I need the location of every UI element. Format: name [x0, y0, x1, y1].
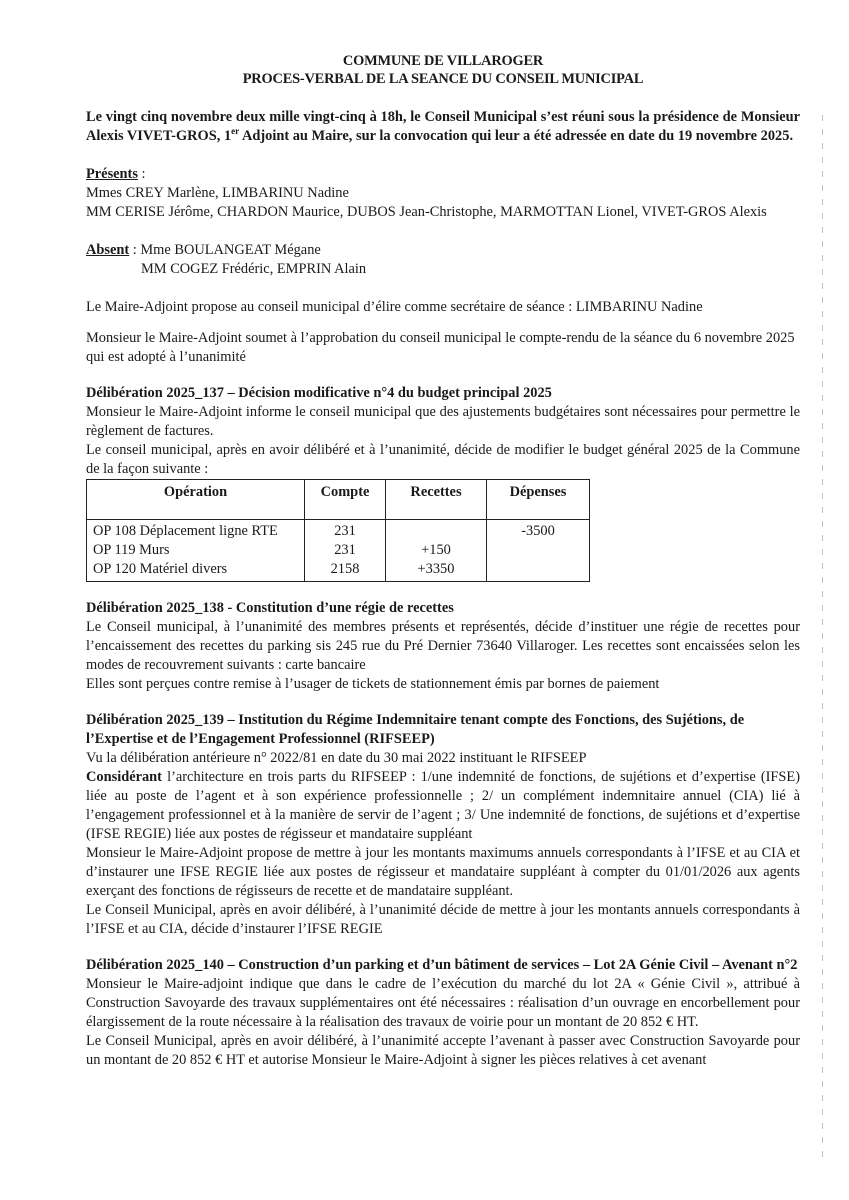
header-operation: Opération	[87, 480, 305, 520]
deliberation-paragraph: Monsieur le Maire-Adjoint propose de met…	[86, 844, 800, 901]
present-section: Présents : Mmes CREY Marlène, LIMBARINU …	[86, 165, 800, 222]
cell-compte: 231	[305, 520, 386, 542]
minutes-document: COMMUNE DE VILLAROGER PROCES-VERBAL DE L…	[86, 52, 800, 1070]
cell-operation: OP 108 Déplacement ligne RTE	[87, 520, 305, 542]
header-recettes: Recettes	[386, 480, 487, 520]
cell-compte: 2158	[305, 560, 386, 582]
deliberation-paragraph: Le Conseil Municipal, après en avoir dél…	[86, 1032, 800, 1070]
ordinal-superscript: er	[231, 126, 239, 136]
present-women: Mmes CREY Marlène, LIMBARINU Nadine	[86, 184, 800, 203]
cell-operation: OP 120 Matériel divers	[87, 560, 305, 582]
table-row: OP 119 Murs 231 +150	[87, 541, 590, 560]
header-depenses: Dépenses	[487, 480, 590, 520]
deliberation-paragraph: Monsieur le Maire-adjoint indique que da…	[86, 975, 800, 1032]
meeting-intro: Le vingt cinq novembre deux mille vingt-…	[86, 108, 800, 146]
deliberation-140: Délibération 2025_140 – Construction d’u…	[86, 956, 800, 1070]
previous-minutes-approval: Monsieur le Maire-Adjoint soumet à l’app…	[86, 329, 800, 367]
absent-men: MM COGEZ Frédéric, EMPRIN Alain	[86, 260, 800, 279]
document-header: COMMUNE DE VILLAROGER PROCES-VERBAL DE L…	[86, 52, 800, 88]
absent-women: Mme BOULANGEAT Mégane	[140, 242, 320, 258]
table-header-row: Opération Compte Recettes Dépenses	[87, 480, 590, 520]
deliberation-title: Délibération 2025_137 – Décision modific…	[86, 384, 800, 403]
considering-text: l’architecture en trois parts du RIFSEEP…	[86, 769, 800, 842]
present-separator: :	[138, 166, 146, 182]
cell-recettes	[386, 520, 487, 542]
cell-depenses	[487, 541, 590, 560]
deliberation-paragraph: Monsieur le Maire-Adjoint informe le con…	[86, 403, 800, 441]
table-row: OP 108 Déplacement ligne RTE 231 -3500	[87, 520, 590, 542]
absent-label: Absent	[86, 242, 129, 258]
cell-compte: 231	[305, 541, 386, 560]
commune-name: COMMUNE DE VILLAROGER	[86, 52, 800, 70]
absent-separator: :	[129, 242, 140, 258]
secretary-election: Le Maire-Adjoint propose au conseil muni…	[86, 298, 800, 317]
present-men: MM CERISE Jérôme, CHARDON Maurice, DUBOS…	[86, 203, 800, 222]
deliberation-paragraph: Vu la délibération antérieure n° 2022/81…	[86, 749, 800, 768]
deliberation-137: Délibération 2025_137 – Décision modific…	[86, 384, 800, 582]
deliberation-paragraph: Le conseil municipal, après en avoir dél…	[86, 441, 800, 479]
considering-paragraph: Considérant l’architecture en trois part…	[86, 768, 800, 844]
deliberation-paragraph: Le Conseil municipal, à l’unanimité des …	[86, 618, 800, 675]
deliberation-title: Délibération 2025_138 - Constitution d’u…	[86, 599, 800, 618]
deliberation-paragraph: Le Conseil Municipal, après en avoir dél…	[86, 901, 800, 939]
header-compte: Compte	[305, 480, 386, 520]
table-row: OP 120 Matériel divers 2158 +3350	[87, 560, 590, 582]
absent-section: Absent : Mme BOULANGEAT Mégane MM COGEZ …	[86, 241, 800, 279]
document-title: PROCES-VERBAL DE LA SEANCE DU CONSEIL MU…	[86, 70, 800, 88]
cell-operation: OP 119 Murs	[87, 541, 305, 560]
deliberation-139: Délibération 2025_139 – Institution du R…	[86, 711, 800, 939]
deliberation-title: Délibération 2025_140 – Construction d’u…	[86, 956, 800, 975]
cell-depenses: -3500	[487, 520, 590, 542]
intro-text-2: Adjoint au Maire, sur la convocation qui…	[239, 128, 793, 144]
budget-table: Opération Compte Recettes Dépenses OP 10…	[86, 479, 590, 582]
cell-recettes: +3350	[386, 560, 487, 582]
deliberation-138: Délibération 2025_138 - Constitution d’u…	[86, 599, 800, 694]
deliberation-title: Délibération 2025_139 – Institution du R…	[86, 711, 800, 749]
present-label: Présents	[86, 166, 138, 182]
deliberation-paragraph: Elles sont perçues contre remise à l’usa…	[86, 675, 800, 694]
considering-label: Considérant	[86, 769, 162, 785]
scan-edge-artifact	[822, 115, 823, 1165]
cell-depenses	[487, 560, 590, 582]
cell-recettes: +150	[386, 541, 487, 560]
